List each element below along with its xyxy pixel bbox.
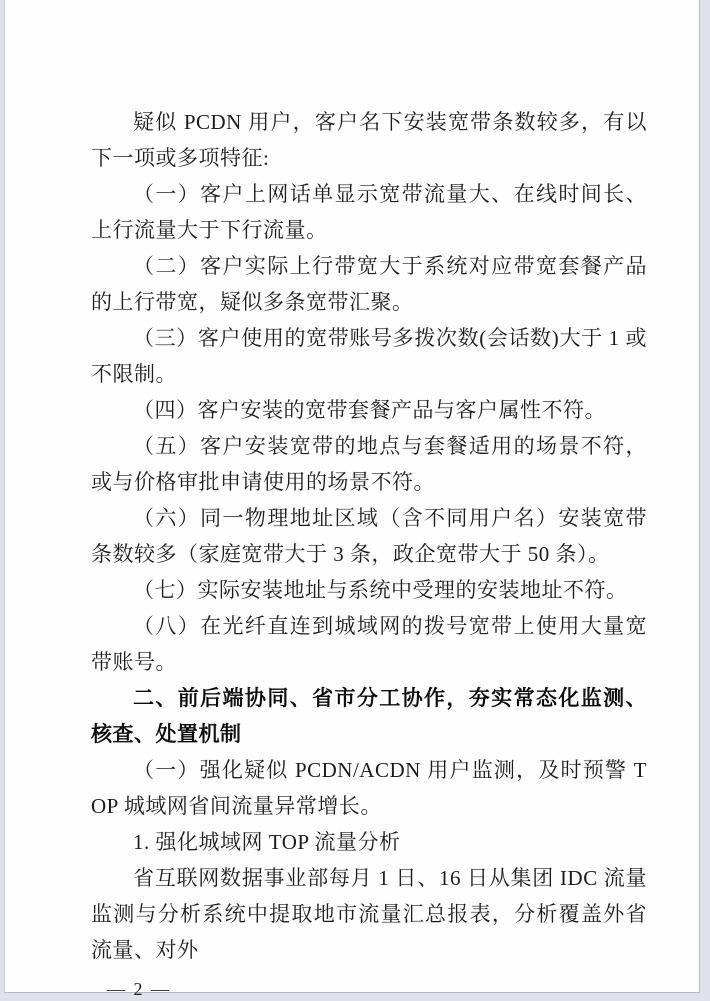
paragraph: 省互联网数据事业部每月 1 日、16 日从集团 IDC 流量监测与分析系统中提取… <box>91 860 647 968</box>
paragraph: （七）实际安装地址与系统中受理的安装地址不符。 <box>91 572 647 608</box>
paragraph: （一）强化疑似 PCDN/ACDN 用户监测，及时预警 TOP 城域网省间流量异… <box>91 752 647 824</box>
page-number: — 2 — <box>5 974 699 1001</box>
document-page: 疑似 PCDN 用户，客户名下安装宽带条数较多，有以下一项或多项特征:（一）客户… <box>4 0 700 993</box>
section-heading: 二、前后端协同、省市分工协作，夯实常态化监测、核查、处置机制 <box>91 680 647 752</box>
paragraph: （五）客户安装宽带的地点与套餐适用的场景不符，或与价格审批申请使用的场景不符。 <box>91 428 647 500</box>
paragraph: （一）客户上网话单显示宽带流量大、在线时间长、上行流量大于下行流量。 <box>91 176 647 248</box>
paragraph: （六）同一物理地址区域（含不同用户名）安装宽带条数较多（家庭宽带大于 3 条，政… <box>91 500 647 572</box>
paragraph: （八）在光纤直连到城域网的拨号宽带上使用大量宽带账号。 <box>91 608 647 680</box>
paragraph: 1. 强化城域网 TOP 流量分析 <box>91 824 647 860</box>
paragraph: （三）客户使用的宽带账号多拨次数(会话数)大于 1 或不限制。 <box>91 320 647 392</box>
paragraph: 疑似 PCDN 用户，客户名下安装宽带条数较多，有以下一项或多项特征: <box>91 104 647 176</box>
paragraph: （四）客户安装的宽带套餐产品与客户属性不符。 <box>91 392 647 428</box>
document-body: 疑似 PCDN 用户，客户名下安装宽带条数较多，有以下一项或多项特征:（一）客户… <box>5 0 699 968</box>
document-viewport: 疑似 PCDN 用户，客户名下安装宽带条数较多，有以下一项或多项特征:（一）客户… <box>0 0 710 1001</box>
paragraph: （二）客户实际上行带宽大于系统对应带宽套餐产品的上行带宽，疑似多条宽带汇聚。 <box>91 248 647 320</box>
